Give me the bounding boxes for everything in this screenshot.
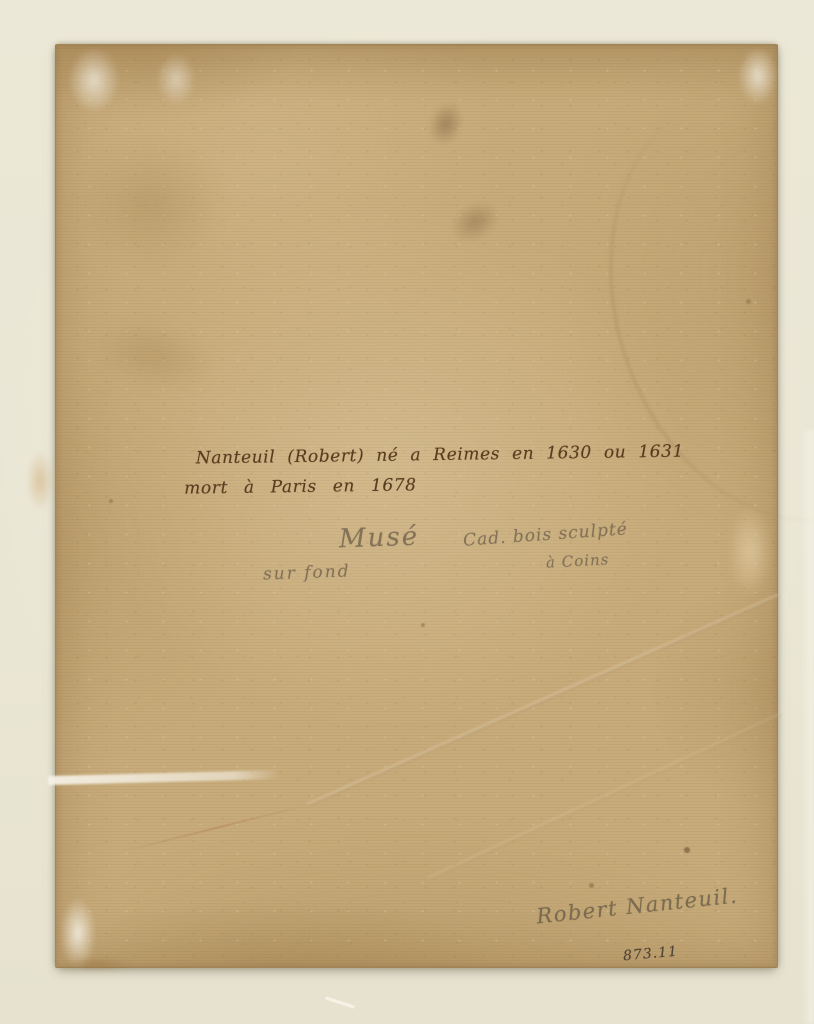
mat-scratch: [325, 996, 354, 1008]
smudge-top-center: [423, 97, 470, 151]
stain-left: [83, 308, 225, 403]
ink-inscription-line1: Nanteuil (Robert) né a Reimes en 1630 ou…: [196, 442, 684, 469]
pencil-signature: Robert Nanteuil.: [535, 883, 739, 928]
pencil-note-muse: Musé: [339, 522, 420, 555]
crease-reddish: [119, 803, 314, 853]
tape-residue-top-left-2: [156, 53, 196, 105]
stain-top-left: [76, 140, 226, 270]
white-scratch: [48, 770, 280, 785]
foxing-spot: [684, 847, 690, 853]
accession-number: 873.11: [622, 944, 678, 965]
tape-residue-top-right: [738, 47, 778, 105]
smudge-upper-center: [443, 193, 507, 252]
crease-diagonal-1: [307, 594, 779, 807]
foxing-spot: [589, 883, 594, 888]
foxing-spot: [109, 499, 113, 503]
mat-edge-highlight: [801, 430, 814, 1024]
tape-residue-bottom-left: [60, 897, 96, 969]
crease-diagonal-2: [427, 712, 782, 880]
foxing-spot: [746, 299, 751, 304]
stain-bottom-left-edge: [62, 957, 132, 971]
pencil-note-corners: à Coins: [546, 550, 610, 571]
pencil-note-fond: sur fond: [263, 561, 351, 584]
tape-residue-top-left: [68, 47, 120, 113]
light-patch-right-edge: [728, 505, 772, 597]
ink-inscription-line2: mort à Paris en 1678: [184, 472, 684, 499]
photograph-of-document: Nanteuil (Robert) né a Reimes en 1630 ou…: [0, 0, 814, 1024]
foxing-spot: [421, 623, 425, 627]
ink-inscription: Nanteuil (Robert) né a Reimes en 1630 ou…: [196, 442, 685, 499]
pencil-note-frame: Cad. bois sculpté: [463, 519, 629, 550]
mat-stain: [26, 450, 54, 512]
paper-sheet-verso: Nanteuil (Robert) né a Reimes en 1630 ou…: [55, 44, 778, 968]
